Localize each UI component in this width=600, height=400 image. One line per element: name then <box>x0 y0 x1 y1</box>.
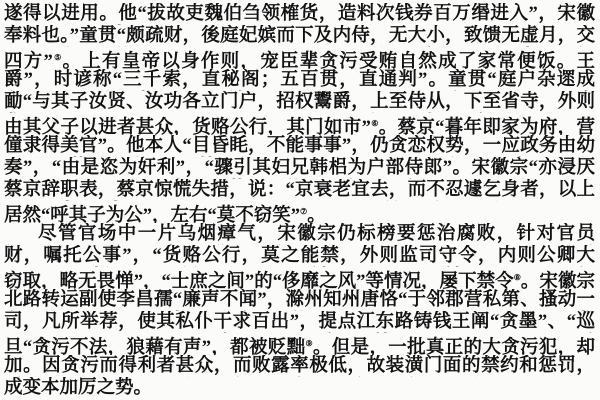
text-line: 奏”，“由是恣为奸利”，“骤引其妇兄韩梠为户部侍郎”。宋徽宗“亦浸厌之”，命蔡攸… <box>4 157 595 179</box>
footnote-marker: ⑨ <box>305 339 313 348</box>
text-run: 成变本加厉之势。 <box>4 378 152 398</box>
text-run: 四方” <box>4 52 53 69</box>
text-run: 由其父子以进者甚众，货赂公行，其门如市” <box>4 118 371 135</box>
text-run: 爵”，时谚称“三千索，直秘阁；五百贯，直通判”。童贯“庭户杂遝成市，岳牧、辅弼多… <box>4 70 595 91</box>
text-line: 爵”，时谚称“三千索，直秘阁；五百贯，直通判”。童贯“庭户杂遝成市，岳牧、辅弼多… <box>4 69 595 91</box>
text-run: 。 <box>307 206 326 223</box>
text-line: 财，嘱托公事”，“货赂公行，莫之能禁，外则监司守令，内则公卿大夫，托公循私，诛求… <box>4 245 595 267</box>
footnote-marker: ⑤ <box>53 53 63 62</box>
text-line: 北路转运副使李昌孺“廉声不闻”，滁州知州唐恪“于邻郡营私第、搔动一方”，贺希仲“… <box>4 289 595 311</box>
text-line: 司，凡所举荐，使其私仆干求百出”，提点江东路铸钱王阐“贪墨”、“巡历贾贩、盗取官… <box>4 311 595 333</box>
text-line: 居然“呼其子为公”，左右“莫不窃笑”⑦。 <box>4 201 595 223</box>
text-run: 窃取，略无畏惮”，“士庶之间”的“侈靡之风”等情况，屡下禁令 <box>4 272 514 289</box>
text-run: 遂得以进用。他“拔故吏魏伯刍领榷货，造料次钱券百万缗进入”，宋徽宗大喜，说：“此… <box>4 4 595 25</box>
text-run: 僮隶得美官”。他本人“目昏眊，不能事事”，仍贪恋权势，一应政务由幼子蔡絛处置，“… <box>4 136 595 157</box>
text-line: 加。因贪污而得利者甚众，而败露率极低，故装潢门面的禁约和惩罚，适足以助长贪贿之风… <box>4 355 595 377</box>
text-line: 勔“与其子汝贤、汝功各立门户，招权鬻爵，上至侍从，下至省寺，外则监司，以至州县长… <box>4 91 595 113</box>
text-run: 尽管官场中一片乌烟瘴气，宋徽宗仍标榜要惩治腐败，针对官员们“受赇作弊”、“非法受 <box>4 224 595 245</box>
text-run: 奏”，“由是恣为奸利”，“骤引其妇兄韩梠为户部侍郎”。宋徽宗“亦浸厌之”，命蔡攸… <box>4 158 595 179</box>
text-run: 加。因贪污而得利者甚众，而败露率极低，故装潢门面的禁约和惩罚，适足以助长贪贿之风… <box>4 356 595 377</box>
text-line: 由其父子以进者甚众，货赂公行，其门如市”⑥。蔡京“暮年即家为府，营进之徒举集其门… <box>4 113 595 135</box>
text-line: 遂得以进用。他“拔故吏魏伯刍领榷货，造料次钱券百万缗进入”，宋徽宗大喜，说：“此… <box>4 3 595 25</box>
scanned-document-page: 遂得以进用。他“拔故吏魏伯刍领榷货，造料次钱券百万缗进入”，宋徽宗大喜，说：“此… <box>0 0 600 400</box>
text-run: 蔡京辞职表，蔡京惊慌失措，说：“京衰老宜去，而不忍遽乞身者，以上恩未报，此二公所… <box>4 180 595 201</box>
text-line: 旦“贪污不法，狼藉有声”，都被贬黜⑨。但是，一批真正的大贪污犯，却备受皇帝的青睐… <box>4 333 595 355</box>
text-line: 成变本加厉之势。 <box>4 377 595 399</box>
text-line: 四方”⑤。上有皇帝以身作则，宠臣辈贪污受贿自然成了家常便饭。王黼“公然受贿赂，卖… <box>4 47 595 69</box>
text-run: 。上有皇帝以身作则，宠臣辈贪污受贿自然成了家常便饭。王黼“公然受贿赂，卖官鬻 <box>4 52 595 69</box>
text-run: 财，嘱托公事”，“货赂公行，莫之能禁，外则监司守令，内则公卿大夫，托公循私，诛求… <box>4 246 595 267</box>
text-line: 窃取，略无畏惮”，“士庶之间”的“侈靡之风”等情况，屡下禁令⑧。宋徽宗也处分一批… <box>4 267 595 289</box>
text-run: 司，凡所举荐，使其私仆干求百出”，提点江东路铸钱王阐“贪墨”、“巡历贾贩、盗取官… <box>4 312 595 333</box>
text-run: 旦“贪污不法，狼藉有声”，都被贬黜 <box>4 338 305 355</box>
text-run: 北路转运副使李昌孺“廉声不闻”，滁州知州唐恪“于邻郡营私第、搔动一方”，贺希仲“… <box>4 290 595 311</box>
text-line: 尽管官场中一片乌烟瘴气，宋徽宗仍标榜要惩治腐败，针对官员们“受赇作弊”、“非法受 <box>4 223 595 245</box>
text-line: 僮隶得美官”。他本人“目昏眊，不能事事”，仍贪恋权势，一应政务由幼子蔡絛处置，“… <box>4 135 595 157</box>
text-run: 居然“呼其子为公”，左右“莫不窃笑” <box>4 206 300 223</box>
footnote-marker: ⑧ <box>514 273 521 282</box>
text-run: 奉料也。”童贯“颇疏财，後庭妃嫔而下及内侍，无大小，致馈无虚月，交口称誉一词”，… <box>4 26 595 47</box>
text-line: 奉料也。”童贯“颇疏财，後庭妃嫔而下及内侍，无大小，致馈无虚月，交口称誉一词”，… <box>4 25 595 47</box>
text-line: 蔡京辞职表，蔡京惊慌失措，说：“京衰老宜去，而不忍遽乞身者，以上恩未报，此二公所… <box>4 179 595 201</box>
text-run: 勔“与其子汝贤、汝功各立门户，招权鬻爵，上至侍从，下至省寺，外则监司，以至州县长… <box>4 92 595 113</box>
footnote-marker: ⑥ <box>371 119 379 128</box>
body-text: 遂得以进用。他“拔故吏魏伯刍领榷货，造料次钱券百万缗进入”，宋徽宗大喜，说：“此… <box>4 3 595 399</box>
